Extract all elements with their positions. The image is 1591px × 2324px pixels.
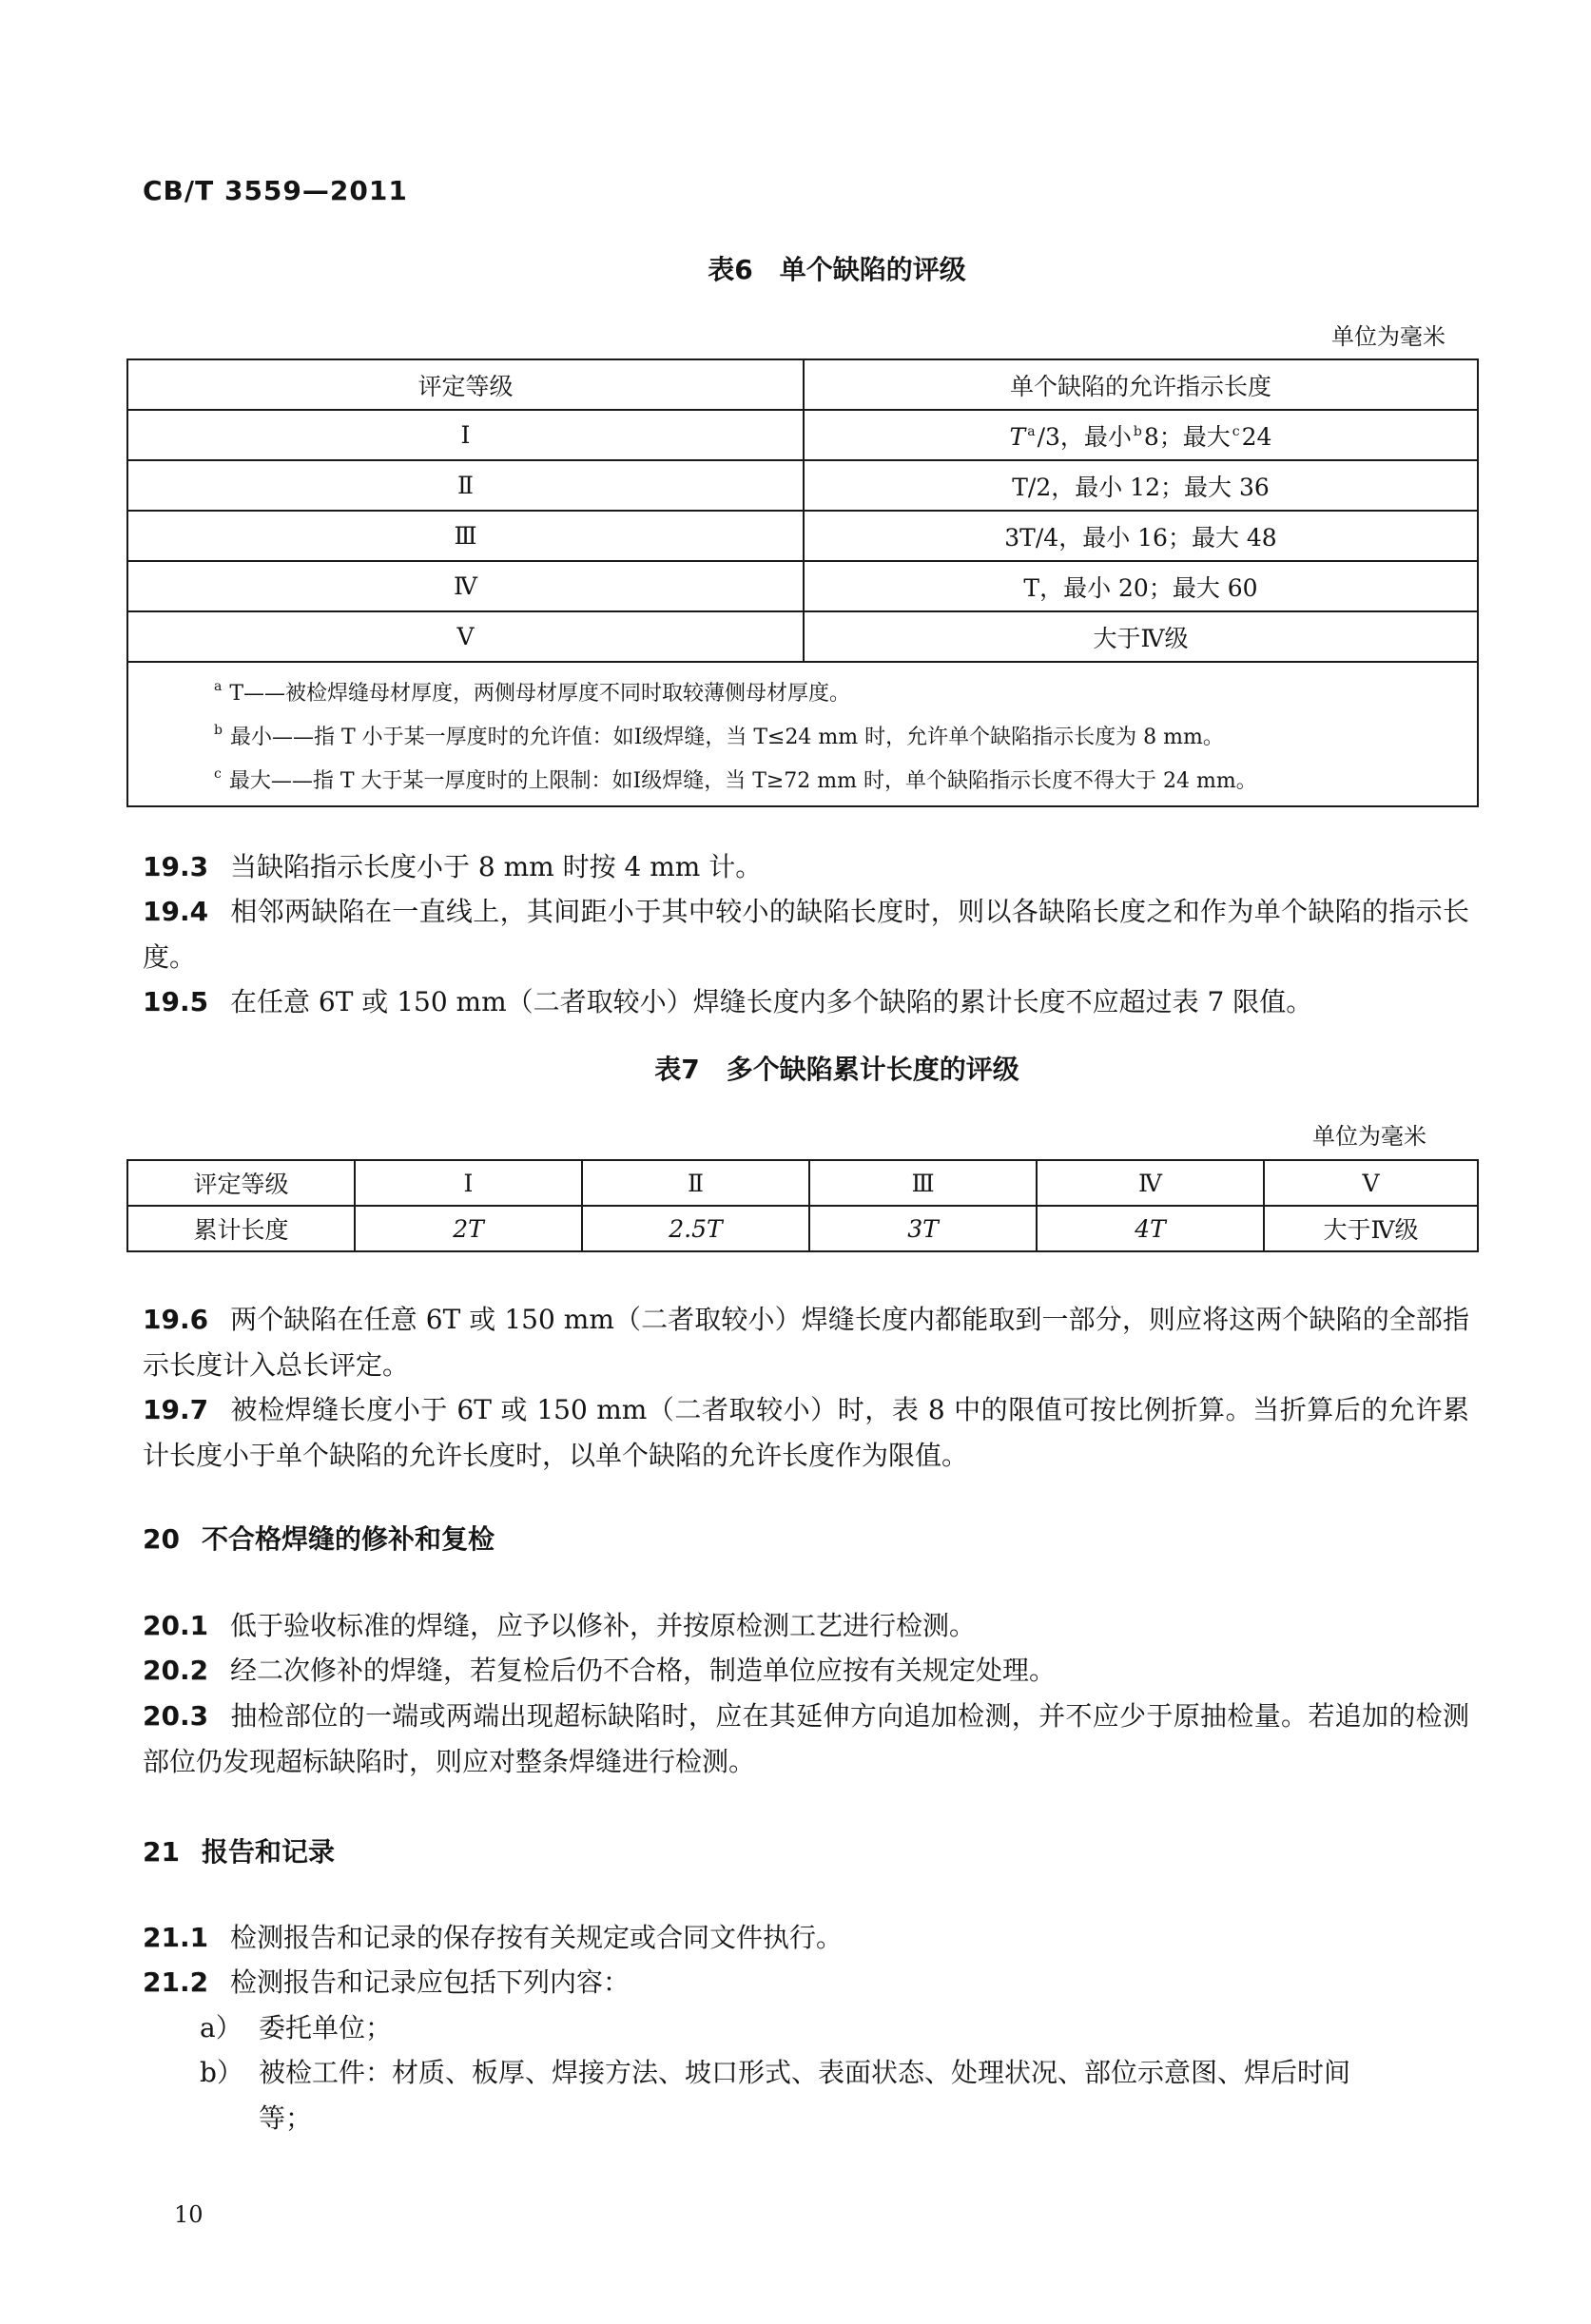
clause-text: 相邻两缺陷在一直线上，其间距小于其中较小的缺陷长度时，则以各缺陷长度之和作为单个…	[143, 896, 1469, 973]
clause-text: 两个缺陷在任意 6T 或 150 mm（二者取较小）焊缝长度内都能取到一部分，则…	[143, 1304, 1469, 1381]
standard-code: CB/T 3559—2011	[143, 175, 408, 206]
clause-20-2: 20.2经二次修补的焊缝，若复检后仍不合格，制造单位应按有关规定处理。	[143, 1648, 1469, 1694]
length-cell: 大于Ⅳ级	[1264, 1206, 1478, 1251]
clause-text: 被检焊缝长度小于 6T 或 150 mm（二者取较小）时，表 8 中的限值可按比…	[143, 1394, 1469, 1471]
table-note: b最小——指 T 小于某一厚度时的允许值：如Ⅰ级焊缝，当 T≤24 mm 时，允…	[214, 712, 1477, 756]
clause-21-2: 21.2检测报告和记录应包括下列内容：	[143, 1960, 1469, 2005]
clause-number: 19.5	[143, 979, 230, 1025]
footnote-marker: b	[214, 723, 223, 738]
table6-title: 表6 单个缺陷的评级	[0, 249, 1591, 287]
clause-19-7: 19.7被检焊缝长度小于 6T 或 150 mm（二者取较小）时，表 8 中的限…	[143, 1387, 1469, 1478]
clause-number: 19.7	[143, 1387, 230, 1433]
table-notes-row: aT——被检焊缝母材厚度，两侧母材厚度不同时取较薄侧母材厚度。 b最小——指 T…	[127, 662, 1478, 806]
length-cell: 4T	[1037, 1206, 1264, 1251]
length-cell: 2T	[355, 1206, 582, 1251]
clause-20-3: 20.3抽检部位的一端或两端出现超标缺陷时，应在其延伸方向追加检测，并不应少于原…	[143, 1694, 1469, 1784]
footnote-marker: a	[1027, 424, 1035, 439]
clause-19-4: 19.4相邻两缺陷在一直线上，其间距小于其中较小的缺陷长度时，则以各缺陷长度之和…	[143, 889, 1469, 979]
note-text: 最大——指 T 大于某一厚度时的上限制：如Ⅰ级焊缝，当 T≥72 mm 时，单个…	[229, 769, 1257, 793]
column-header: 评定等级	[127, 359, 804, 410]
table-note: aT——被检焊缝母材厚度，两侧母材厚度不同时取较薄侧母材厚度。	[214, 668, 1477, 712]
length-cell: Ta/3，最小b8；最大c24	[804, 410, 1478, 460]
table-row: Ⅲ 3T/4，最小 16；最大 48	[127, 511, 1478, 561]
row-label: 累计长度	[127, 1206, 355, 1251]
clause-number: 19.6	[143, 1297, 230, 1343]
length-cell: 3T/4，最小 16；最大 48	[804, 511, 1478, 561]
table-row: 累计长度 2T 2.5T 3T 4T 大于Ⅳ级	[127, 1206, 1478, 1251]
clause-text: 检测报告和记录的保存按有关规定或合同文件执行。	[230, 1922, 843, 1953]
length-cell: 大于Ⅳ级	[804, 611, 1478, 662]
clause-number: 20.1	[143, 1603, 230, 1649]
grade-cell: Ⅴ	[1264, 1160, 1478, 1206]
footnote-marker: c	[214, 766, 222, 782]
clause-text: 经二次修补的焊缝，若复检后仍不合格，制造单位应按有关规定处理。	[230, 1655, 1056, 1686]
grade-cell: Ⅱ	[582, 1160, 809, 1206]
grade-cell: Ⅰ	[127, 410, 804, 460]
clause-19-5: 19.5在任意 6T 或 150 mm（二者取较小）焊缝长度内多个缺陷的累计长度…	[143, 979, 1469, 1025]
table7: 评定等级 Ⅰ Ⅱ Ⅲ Ⅳ Ⅴ 累计长度 2T 2.5T 3T 4T 大于Ⅳ级	[126, 1159, 1479, 1252]
table-row: Ⅳ T，最小 20；最大 60	[127, 561, 1478, 611]
length-text: 24	[1242, 423, 1272, 451]
list-marker: a）	[200, 2005, 259, 2051]
grade-cell: Ⅳ	[127, 561, 804, 611]
length-cell: 3T	[809, 1206, 1037, 1251]
clause-number: 21.2	[143, 1960, 230, 2005]
table-row: Ⅰ Ta/3，最小b8；最大c24	[127, 410, 1478, 460]
section-title: 不合格焊缝的修补和复检	[202, 1523, 495, 1555]
clause-text: 检测报告和记录应包括下列内容：	[230, 1966, 630, 1998]
section-21-heading: 21报告和记录	[143, 1831, 335, 1869]
table-row: Ⅱ T/2，最小 12；最大 36	[127, 460, 1478, 511]
note-text: T——被检焊缝母材厚度，两侧母材厚度不同时取较薄侧母材厚度。	[229, 682, 850, 706]
footnote-marker: a	[214, 679, 222, 694]
clause-text: 当缺陷指示长度小于 8 mm 时按 4 mm 计。	[230, 851, 762, 882]
list-marker: b）	[200, 2050, 259, 2096]
column-header: 单个缺陷的允许指示长度	[804, 359, 1478, 410]
table-header-row: 评定等级 Ⅰ Ⅱ Ⅲ Ⅳ Ⅴ	[127, 1160, 1478, 1206]
grade-cell: Ⅲ	[809, 1160, 1037, 1206]
table-row: Ⅴ 大于Ⅳ级	[127, 611, 1478, 662]
clause-21-1: 21.1检测报告和记录的保存按有关规定或合同文件执行。	[143, 1915, 1469, 1961]
length-text: /3，最小	[1038, 423, 1132, 451]
clause-number: 21.1	[143, 1915, 230, 1961]
table-note: c最大——指 T 大于某一厚度时的上限制：如Ⅰ级焊缝，当 T≥72 mm 时，单…	[214, 756, 1477, 800]
list-text-continuation: 等；	[200, 2096, 1469, 2141]
length-cell: T/2，最小 12；最大 36	[804, 460, 1478, 511]
table7-unit: 单位为毫米	[1122, 1117, 1426, 1151]
length-cell: T，最小 20；最大 60	[804, 561, 1478, 611]
clause-number: 20.2	[143, 1648, 230, 1694]
table6-unit: 单位为毫米	[1141, 318, 1445, 351]
clause-19-6: 19.6两个缺陷在任意 6T 或 150 mm（二者取较小）焊缝长度内都能取到一…	[143, 1297, 1469, 1387]
section-title: 报告和记录	[202, 1836, 335, 1868]
clause-number: 19.4	[143, 889, 230, 935]
thickness-symbol: T	[1010, 423, 1026, 451]
grade-cell: Ⅲ	[127, 511, 804, 561]
list-item-a: a）委托单位；	[200, 2005, 1469, 2051]
section-number: 21	[143, 1836, 202, 1868]
clause-19-3: 19.3当缺陷指示长度小于 8 mm 时按 4 mm 计。	[143, 844, 1469, 890]
section-20-heading: 20不合格焊缝的修补和复检	[143, 1519, 495, 1557]
clause-number: 20.3	[143, 1694, 230, 1739]
list-text: 被检工件：材质、板厚、焊接方法、坡口形式、表面状态、处理状况、部位示意图、焊后时…	[259, 2057, 1350, 2088]
table6: 评定等级 单个缺陷的允许指示长度 Ⅰ Ta/3，最小b8；最大c24 Ⅱ T/2…	[126, 358, 1479, 807]
row-label: 评定等级	[127, 1160, 355, 1206]
clause-20-1: 20.1低于验收标准的焊缝，应予以修补，并按原检测工艺进行检测。	[143, 1603, 1469, 1649]
clause-number: 19.3	[143, 844, 230, 890]
grade-cell: Ⅰ	[355, 1160, 582, 1206]
grade-cell: Ⅳ	[1037, 1160, 1264, 1206]
clause-text: 在任意 6T 或 150 mm（二者取较小）焊缝长度内多个缺陷的累计长度不应超过…	[230, 986, 1312, 1017]
clause-text: 低于验收标准的焊缝，应予以修补，并按原检测工艺进行检测。	[230, 1610, 976, 1641]
table-header-row: 评定等级 单个缺陷的允许指示长度	[127, 359, 1478, 410]
table7-title: 表7 多个缺陷累计长度的评级	[0, 1049, 1591, 1087]
list-text: 委托单位；	[259, 2012, 392, 2043]
section-number: 20	[143, 1523, 202, 1555]
grade-cell: Ⅴ	[127, 611, 804, 662]
footnote-marker: c	[1232, 424, 1240, 439]
table-notes: aT——被检焊缝母材厚度，两侧母材厚度不同时取较薄侧母材厚度。 b最小——指 T…	[127, 662, 1478, 806]
note-text: 最小——指 T 小于某一厚度时的允许值：如Ⅰ级焊缝，当 T≤24 mm 时，允许…	[230, 726, 1224, 749]
list-item-b: b）被检工件：材质、板厚、焊接方法、坡口形式、表面状态、处理状况、部位示意图、焊…	[200, 2050, 1469, 2140]
length-text: 8；最大	[1144, 423, 1231, 451]
grade-cell: Ⅱ	[127, 460, 804, 511]
clause-text: 抽检部位的一端或两端出现超标缺陷时，应在其延伸方向追加检测，并不应少于原抽检量。…	[143, 1700, 1469, 1777]
footnote-marker: b	[1134, 424, 1142, 439]
page-number: 10	[174, 2201, 204, 2228]
length-cell: 2.5T	[582, 1206, 809, 1251]
